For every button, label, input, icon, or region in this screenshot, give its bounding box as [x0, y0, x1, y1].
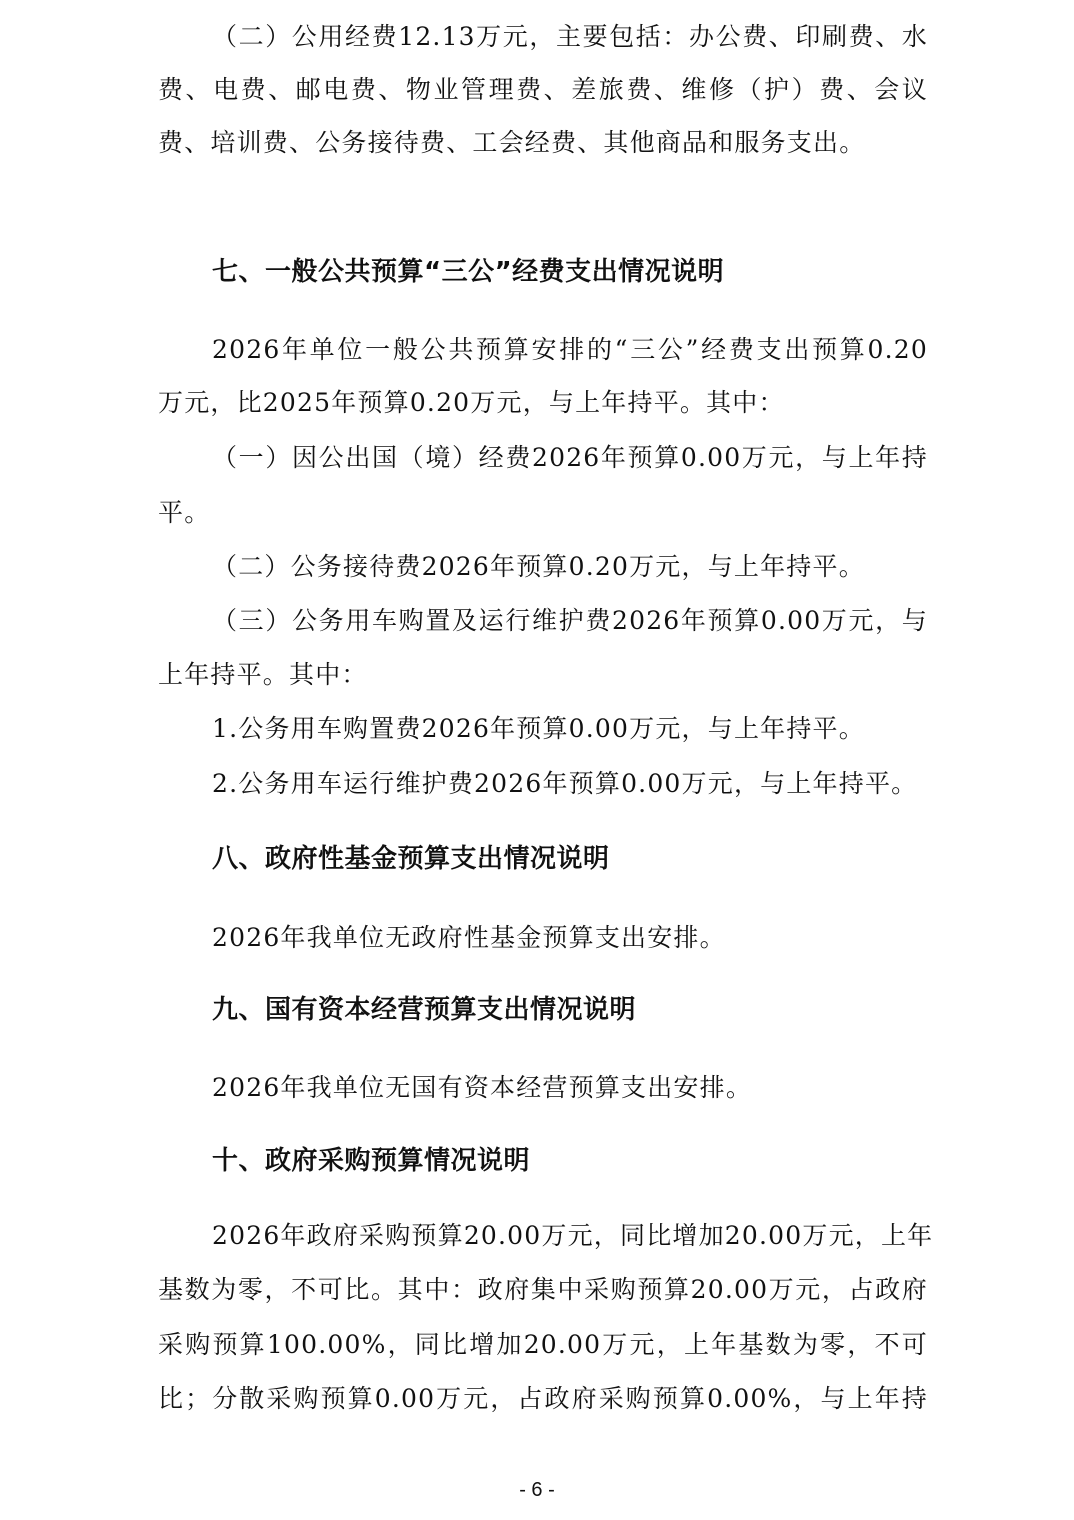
- page-number: - 6 -: [0, 1479, 1074, 1502]
- paragraph-line: 万元，比2025年预算0.20万元，与上年持平。其中：: [158, 388, 928, 418]
- section-heading-8: 八、政府性基金预算支出情况说明: [212, 843, 610, 875]
- section-heading-10: 十、政府采购预算情况说明: [212, 1145, 530, 1177]
- paragraph-line: 采购预算100.00%，同比增加20.00万元，上年基数为零，不可: [158, 1330, 928, 1360]
- paragraph-line: （二）公务接待费2026年预算0.20万元，与上年持平。: [212, 552, 982, 582]
- paragraph-line: 上年持平。其中：: [158, 660, 928, 690]
- list-item-2: 2.公务用车运行维护费2026年预算0.00万元，与上年持平。: [212, 769, 982, 799]
- paragraph-line: 2026年政府采购预算20.00万元，同比增加20.00万元，上年: [212, 1221, 928, 1251]
- paragraph-line: 2026年我单位无政府性基金预算支出安排。: [212, 923, 982, 953]
- paragraph-line: 费、培训费、公务接待费、工会经费、其他商品和服务支出。: [158, 128, 928, 158]
- paragraph-line: 平。: [158, 498, 928, 528]
- section-heading-9: 九、国有资本经营预算支出情况说明: [212, 994, 636, 1026]
- paragraph-line: 2026年我单位无国有资本经营预算支出安排。: [212, 1073, 982, 1103]
- list-item-1: 1.公务用车购置费2026年预算0.00万元，与上年持平。: [212, 714, 982, 744]
- paragraph-line: 2026年单位一般公共预算安排的“三公”经费支出预算0.20: [212, 335, 928, 365]
- paragraph-line: 比；分散采购预算0.00万元，占政府采购预算0.00%，与上年持: [158, 1384, 928, 1414]
- document-page: （二）公用经费12.13万元，主要包括：办公费、印刷费、水 费、电费、邮电费、物…: [0, 0, 1074, 1520]
- paragraph-line: （一）因公出国（境）经费2026年预算0.00万元，与上年持: [212, 443, 928, 473]
- section-heading-7: 七、一般公共预算“三公”经费支出情况说明: [212, 256, 724, 288]
- paragraph-line: 基数为零，不可比。其中：政府集中采购预算20.00万元，占政府: [158, 1275, 928, 1305]
- paragraph-line: （二）公用经费12.13万元，主要包括：办公费、印刷费、水: [212, 22, 928, 52]
- paragraph-line: 费、电费、邮电费、物业管理费、差旅费、维修（护）费、会议: [158, 75, 928, 105]
- paragraph-line: （三）公务用车购置及运行维护费2026年预算0.00万元，与: [212, 606, 928, 636]
